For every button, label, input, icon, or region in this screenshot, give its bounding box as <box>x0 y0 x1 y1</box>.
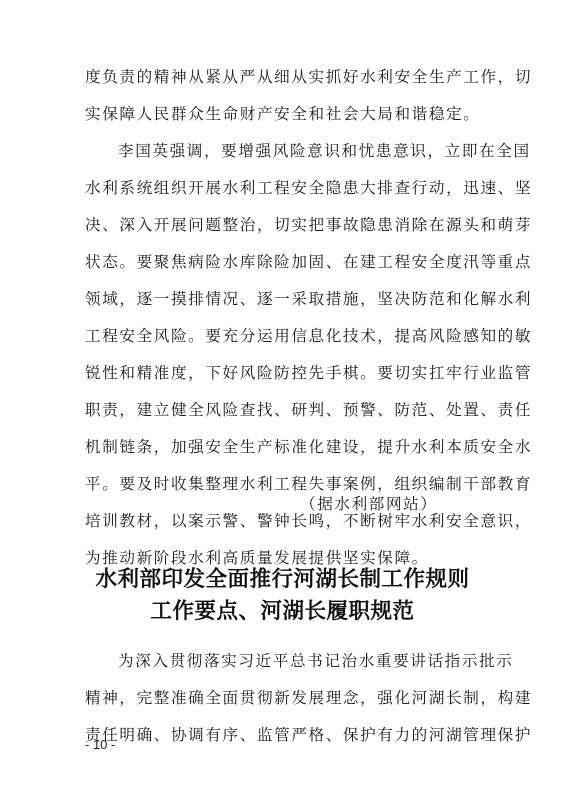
text-line: 职责，建立健全风险查找、研判、预警、防范、处置、责任 <box>85 392 481 429</box>
article-paragraph: 为深入贯彻落实习近平总书记治水重要讲话指示批示 精神，完整准确全面贯彻新发展理念… <box>85 643 481 754</box>
text-line: 为深入贯彻落实习近平总书记治水重要讲话指示批示 <box>85 643 481 680</box>
text-line: 锐性和精准度，下好风险防控先手棋。要切实扛牢行业监管 <box>85 355 481 392</box>
text-line: 水利系统组织开展水利工程安全隐患大排查行动，迅速、坚 <box>85 170 481 207</box>
text-line: 领域，逐一摸排情况、逐一采取措施，坚决防范和化解水利 <box>85 281 481 318</box>
text-line: 状态。要聚焦病险水库除险加固、在建工程安全度汛等重点 <box>85 244 481 281</box>
source-attribution: （据水利部网站） <box>300 486 438 523</box>
text-line: 精神，完整准确全面贯彻新发展理念，强化河湖长制，构建 <box>85 680 481 717</box>
paragraph-continuation: 度负责的精神从紧从严从细从实抓好水利安全生产工作，切 实保障人民群众生命财产安全… <box>85 59 481 133</box>
text-line: 决、深入开展问题整治，切实把事故隐患消除在源头和萌芽 <box>85 207 481 244</box>
text-line: 实保障人民群众生命财产安全和社会大局和谐稳定。 <box>85 96 481 133</box>
text-line: 度负责的精神从紧从严从细从实抓好水利安全生产工作，切 <box>85 59 481 96</box>
text-line: 责任明确、协调有序、监管严格、保护有力的河湖管理保护 <box>85 717 481 754</box>
text-line: 工程安全风险。要充分运用信息化技术，提高风险感知的敏 <box>85 318 481 355</box>
page-number: - 10 - <box>85 737 115 752</box>
text-line: 李国英强调，要增强风险意识和忧患意识，立即在全国 <box>85 133 481 170</box>
article-title-line1: 水利部印发全面推行河湖长制工作规则 <box>0 562 565 593</box>
document-page: 度负责的精神从紧从严从细从实抓好水利安全生产工作，切 实保障人民群众生命财产安全… <box>0 0 565 800</box>
article-title-line2: 工作要点、河湖长履职规范 <box>0 594 565 625</box>
text-line: 机制链条，加强安全生产标准化建设，提升水利本质安全水 <box>85 429 481 466</box>
